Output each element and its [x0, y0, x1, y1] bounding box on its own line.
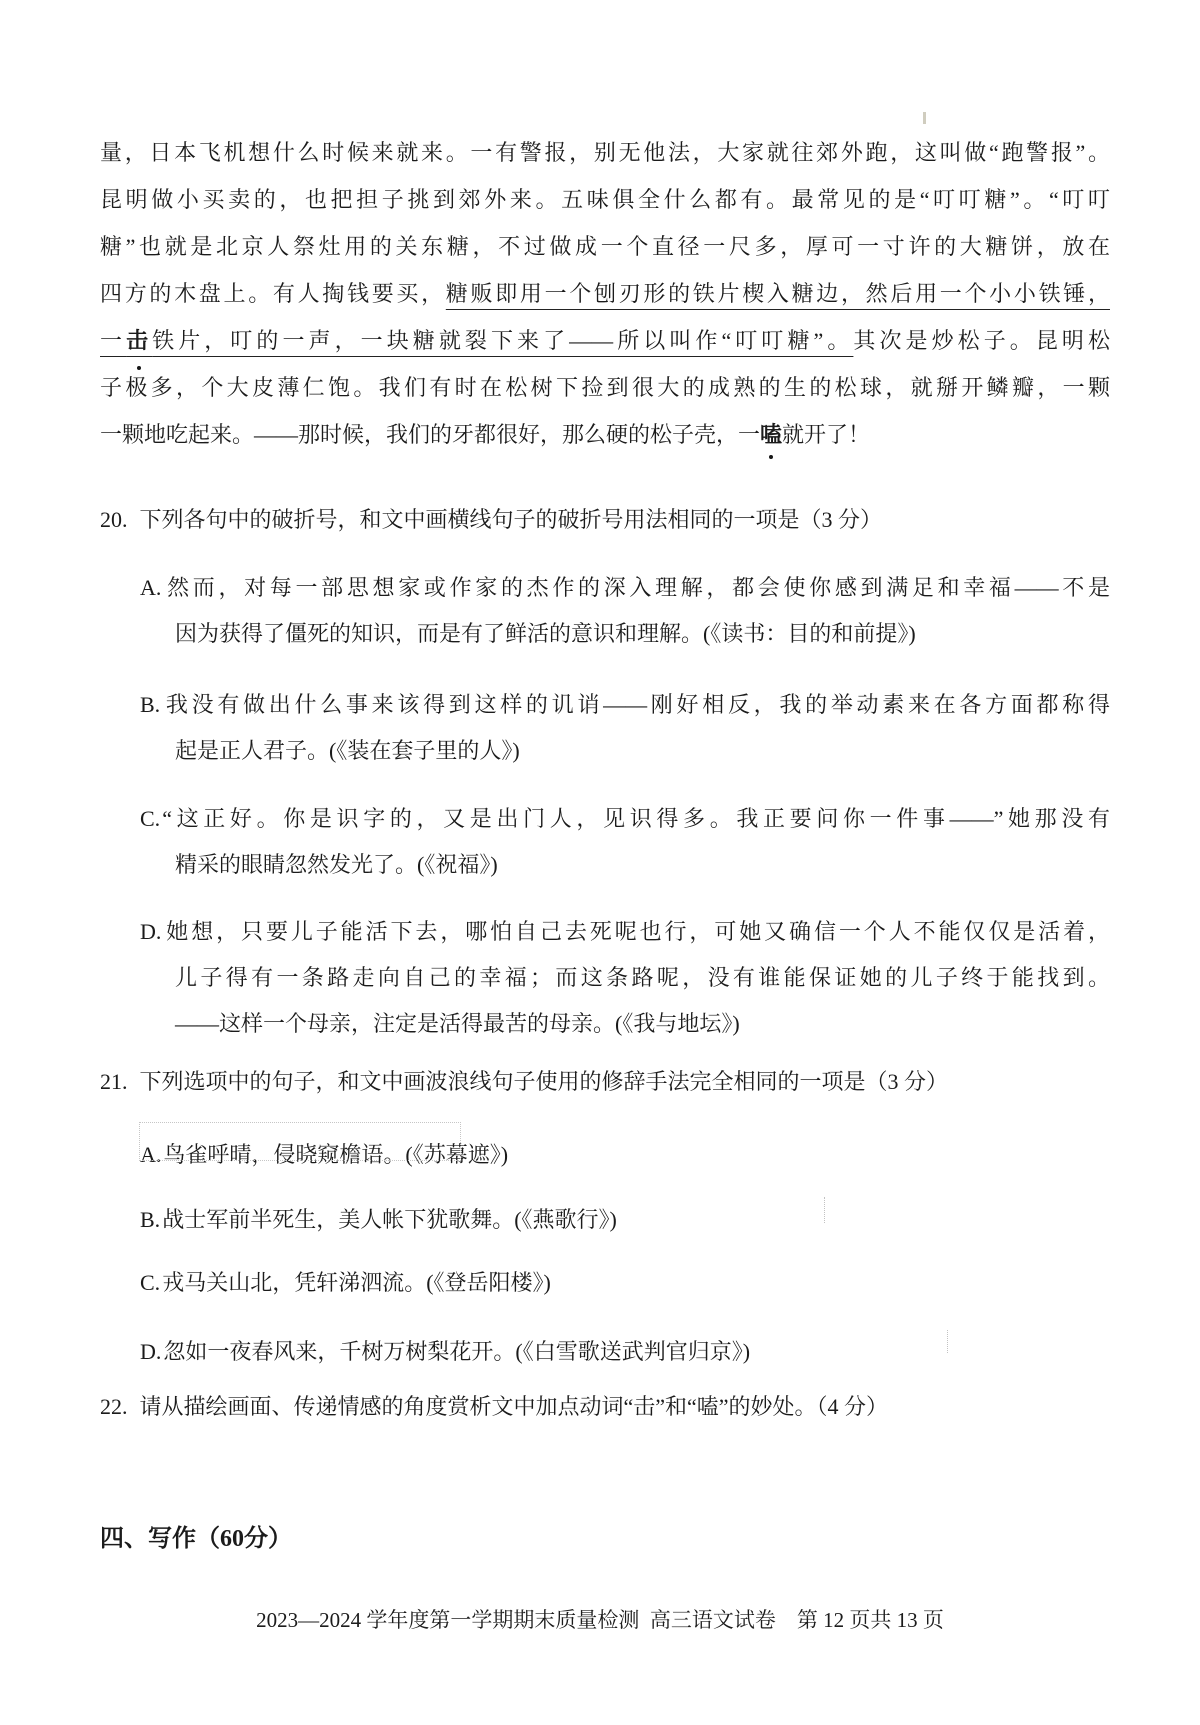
- option-line: D.她想，只要儿子能活下去，哪怕自己去死呢也行，可她又确信一个人不能仅仅是活着，: [140, 909, 1110, 955]
- underlined-text: 铁片，叮的一声，一块糖就裂下来了——所以叫作“叮叮糖”。: [152, 328, 853, 353]
- question-number: 21.: [100, 1069, 128, 1094]
- option-text: 戎马关山北，凭轩涕泗流。(《登岳阳楼》): [162, 1270, 551, 1295]
- option-label: C.: [140, 1270, 160, 1295]
- passage-text: 其次是炒松子。昆明松: [853, 328, 1110, 353]
- question-20-stem: 20.下列各句中的破折号，和文中画横线句子的破折号用法相同的一项是（3 分）: [100, 505, 1110, 535]
- passage-line: 昆明做小买卖的，也把担子挑到郊外来。五味俱全什么都有。最常见的是“叮叮糖”。“叮…: [100, 176, 1110, 223]
- option-text: 她想，只要儿子能活下去，哪怕自己去死呢也行，可她又确信一个人不能仅仅是活着，: [163, 919, 1110, 944]
- section-title-writing: 四、写作（60分）: [100, 1523, 1110, 1555]
- passage-text: 就开了！: [782, 422, 870, 447]
- passage-text: 量，日本飞机想什么时候来就来。一有警报，别无他法，大家就往郊外跑，这叫做“跑警报…: [100, 140, 1110, 165]
- question-text: 请从描绘画面、传递情感的角度赏析文中加点动词“击”和“嗑”的妙处。（4 分）: [140, 1394, 889, 1419]
- passage-line: 一颗地吃起来。——那时候，我们的牙都很好，那么硬的松子壳，一嗑就开了！: [100, 411, 1110, 458]
- scan-artifact-dotted-line: [947, 1330, 948, 1353]
- option-line: B.战士军前半死生，美人帐下犹歌舞。(《燕歌行》): [140, 1197, 1110, 1243]
- question-21-option-d: D.忽如一夜春风来，千树万树梨花开。(《白雪歌送武判官归京》): [100, 1329, 1110, 1375]
- question-20-option-a: A.然而，对每一部思想家或作家的杰作的深入理解，都会使你感到满足和幸福——不是 …: [100, 565, 1110, 657]
- page-footer: 2023—2024 学年度第一学期期末质量检测 高三语文试卷 第 12 页共 1…: [0, 1604, 1200, 1634]
- option-line: 儿子得有一条路走向自己的幸福；而这条路呢，没有谁能保证她的儿子终于能找到。: [140, 955, 1110, 1001]
- passage-text: 子极多，个大皮薄仁饱。我们有时在松树下捡到很大的成熟的生的松球，就掰开鳞瓣，一颗: [100, 375, 1110, 400]
- scan-artifact-dotted-box: [139, 1122, 461, 1161]
- option-text: 然而，对每一部思想家或作家的杰作的深入理解，都会使你感到满足和幸福——不是: [163, 575, 1110, 600]
- option-label: B.: [140, 692, 160, 717]
- scan-artifact-mark: [923, 112, 926, 124]
- option-text: 因为获得了僵死的知识，而是有了鲜活的意识和理解。(《读书：目的和前提》): [175, 621, 916, 646]
- passage-line: 量，日本飞机想什么时候来就来。一有警报，别无他法，大家就往郊外跑，这叫做“跑警报…: [100, 129, 1110, 176]
- option-line: C.“这正好。你是识字的，又是出门人，见识得多。我正要问你一件事——”她那没有: [140, 796, 1110, 842]
- emphasized-char-ji: 击: [126, 328, 152, 353]
- option-text: 儿子得有一条路走向自己的幸福；而这条路呢，没有谁能保证她的儿子终于能找到。: [175, 965, 1110, 990]
- option-line: B.我没有做出什么事来该得到这样的讥诮——刚好相反，我的举动素来在各方面都称得: [140, 682, 1110, 728]
- passage-text: 四方的木盘上。有人掏钱要买，: [100, 281, 446, 306]
- option-label: A.: [140, 575, 161, 600]
- question-text: 下列各句中的破折号，和文中画横线句子的破折号用法相同的一项是（3 分）: [140, 507, 883, 532]
- question-number: 22.: [100, 1394, 128, 1419]
- section-title-text: 四、写作（60分）: [100, 1526, 292, 1552]
- scan-artifact-dotted-line: [824, 1197, 825, 1223]
- passage-text: 糖”也就是北京人祭灶用的关东糖，不过做成一个直径一尺多，厚可一寸许的大糖饼，放在: [100, 234, 1110, 259]
- passage-line: 一击铁片，叮的一声，一块糖就裂下来了——所以叫作“叮叮糖”。其次是炒松子。昆明松: [100, 317, 1110, 364]
- option-text: 战士军前半死生，美人帐下犹歌舞。(《燕歌行》): [162, 1207, 617, 1232]
- question-20-option-c: C.“这正好。你是识字的，又是出门人，见识得多。我正要问你一件事——”她那没有 …: [100, 796, 1110, 888]
- question-21-option-c: C.戎马关山北，凭轩涕泗流。(《登岳阳楼》): [100, 1260, 1110, 1306]
- passage-line: 四方的木盘上。有人掏钱要买，糖贩即用一个刨刃形的铁片楔入糖边，然后用一个小小铁锤…: [100, 270, 1110, 317]
- option-line: C.戎马关山北，凭轩涕泗流。(《登岳阳楼》): [140, 1260, 1110, 1306]
- option-label: B.: [140, 1207, 160, 1232]
- question-21-option-b: B.战士军前半死生，美人帐下犹歌舞。(《燕歌行》): [100, 1197, 1110, 1243]
- question-number: 20.: [100, 507, 128, 532]
- option-label: C.: [140, 806, 160, 831]
- option-line: ——这样一个母亲，注定是活得最苦的母亲。(《我与地坛》): [140, 1001, 1110, 1047]
- option-label: D.: [140, 919, 161, 944]
- footer-text: 2023—2024 学年度第一学期期末质量检测 高三语文试卷 第 12 页共 1…: [256, 1608, 944, 1632]
- passage-text: 一颗地吃起来。——那时候，我们的牙都很好，那么硬的松子壳，一: [100, 422, 760, 447]
- question-text: 下列选项中的句子，和文中画波浪线句子使用的修辞手法完全相同的一项是（3 分）: [140, 1069, 949, 1094]
- option-text: 忽如一夜春风来，千树万树梨花开。(《白雪歌送武判官归京》): [163, 1339, 750, 1364]
- passage-line: 子极多，个大皮薄仁饱。我们有时在松树下捡到很大的成熟的生的松球，就掰开鳞瓣，一颗: [100, 364, 1110, 411]
- emphasized-char-ke: 嗑: [760, 422, 782, 447]
- option-line: 精采的眼睛忽然发光了。(《祝福》): [140, 842, 1110, 888]
- option-text: ——这样一个母亲，注定是活得最苦的母亲。(《我与地坛》): [175, 1011, 740, 1036]
- option-text: 精采的眼睛忽然发光了。(《祝福》): [175, 852, 498, 877]
- underlined-text: 糖贩即用一个刨刃形的铁片楔入糖边，然后用一个小小铁锤，: [446, 281, 1110, 306]
- option-line: 因为获得了僵死的知识，而是有了鲜活的意识和理解。(《读书：目的和前提》): [140, 611, 1110, 657]
- reading-passage: 量，日本飞机想什么时候来就来。一有警报，别无他法，大家就往郊外跑，这叫做“跑警报…: [100, 0, 1110, 458]
- option-line: D.忽如一夜春风来，千树万树梨花开。(《白雪歌送武判官归京》): [140, 1329, 1110, 1375]
- option-text: “这正好。你是识字的，又是出门人，见识得多。我正要问你一件事——”她那没有: [162, 806, 1110, 831]
- option-text: 起是正人君子。(《装在套子里的人》): [175, 738, 520, 763]
- question-20-option-b: B.我没有做出什么事来该得到这样的讥诮——刚好相反，我的举动素来在各方面都称得 …: [100, 682, 1110, 774]
- underlined-text: 一: [100, 328, 126, 353]
- option-label: D.: [140, 1339, 161, 1364]
- option-line: A.然而，对每一部思想家或作家的杰作的深入理解，都会使你感到满足和幸福——不是: [140, 565, 1110, 611]
- question-22-stem: 22.请从描绘画面、传递情感的角度赏析文中加点动词“击”和“嗑”的妙处。（4 分…: [100, 1392, 1110, 1422]
- passage-text: 昆明做小买卖的，也把担子挑到郊外来。五味俱全什么都有。最常见的是“叮叮糖”。“叮…: [100, 187, 1110, 212]
- question-21-stem: 21.下列选项中的句子，和文中画波浪线句子使用的修辞手法完全相同的一项是（3 分…: [100, 1067, 1110, 1097]
- question-20-option-d: D.她想，只要儿子能活下去，哪怕自己去死呢也行，可她又确信一个人不能仅仅是活着，…: [100, 909, 1110, 1047]
- document-page: 量，日本飞机想什么时候来就来。一有警报，别无他法，大家就往郊外跑，这叫做“跑警报…: [0, 0, 1200, 1725]
- option-line: 起是正人君子。(《装在套子里的人》): [140, 728, 1110, 774]
- passage-line: 糖”也就是北京人祭灶用的关东糖，不过做成一个直径一尺多，厚可一寸许的大糖饼，放在: [100, 223, 1110, 270]
- option-text: 我没有做出什么事来该得到这样的讥诮——刚好相反，我的举动素来在各方面都称得: [162, 692, 1110, 717]
